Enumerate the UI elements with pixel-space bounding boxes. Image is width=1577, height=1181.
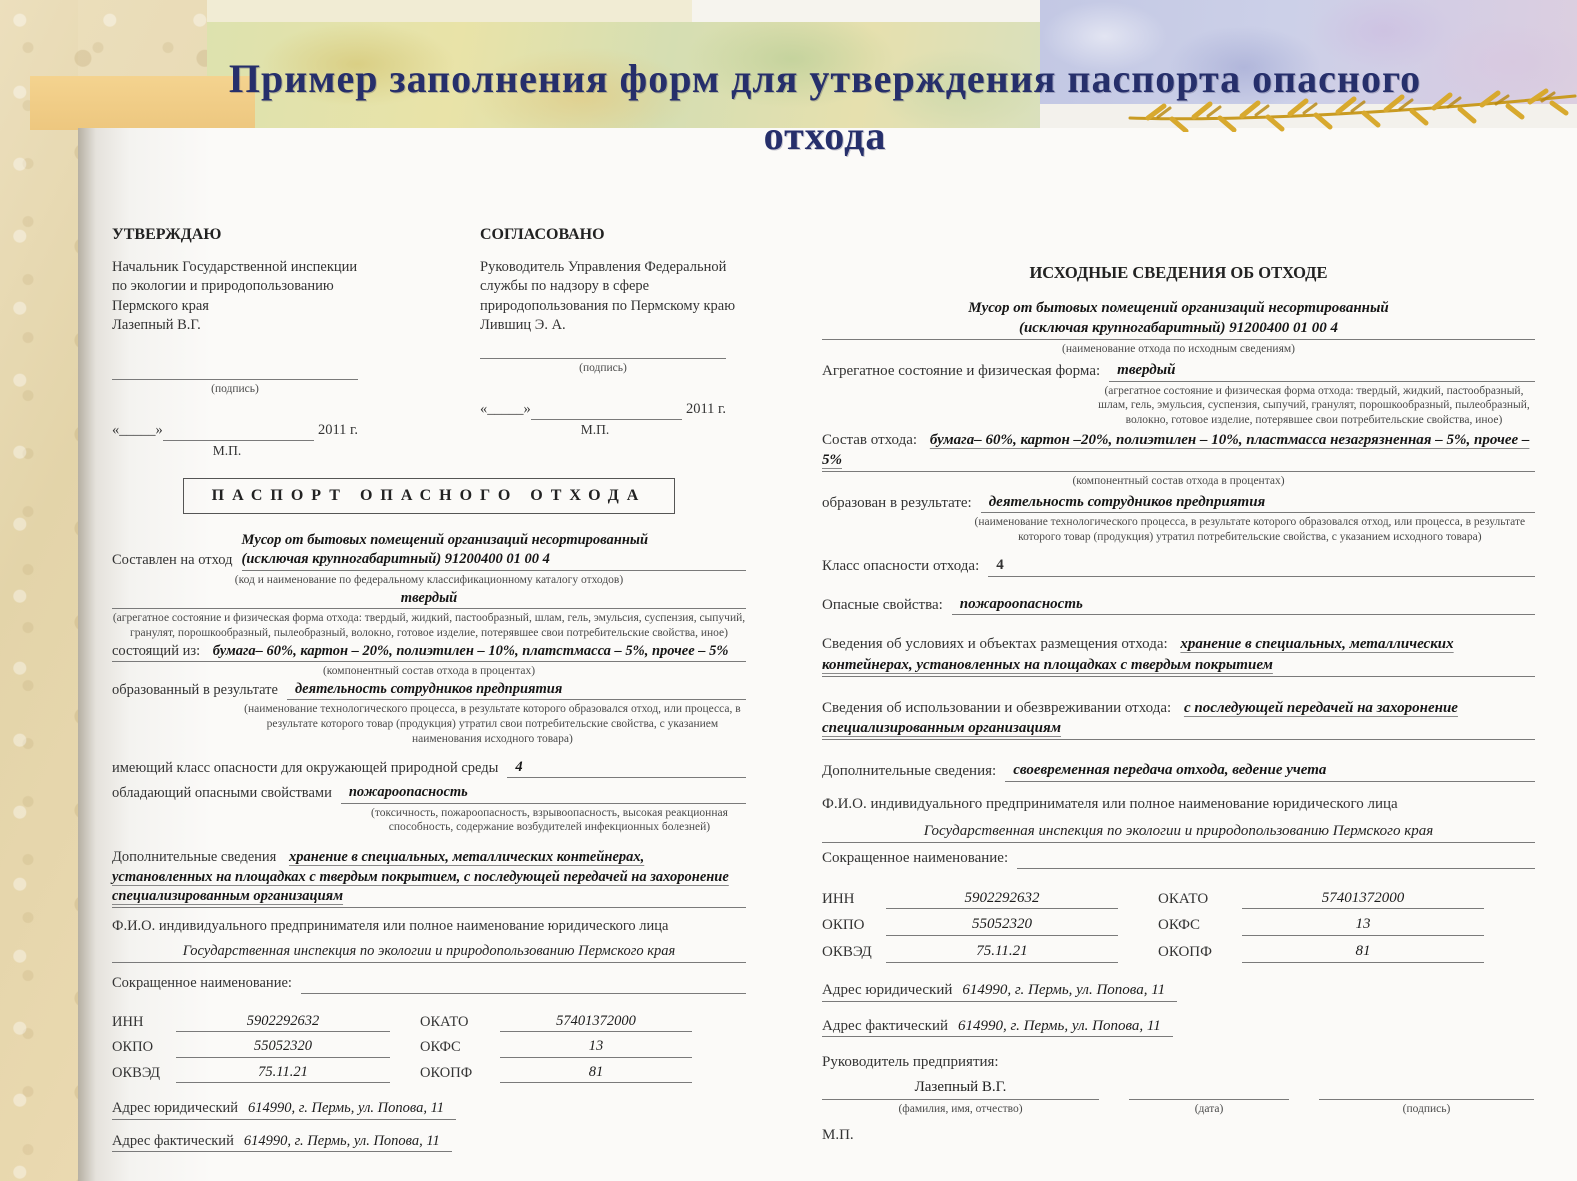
code-label: ИНН <box>112 1013 176 1033</box>
legal-address-value: 614990, г. Пермь, ул. Попова, 11 <box>962 982 1165 998</box>
date-row: «_____» 2011 г. <box>480 400 726 420</box>
field-label: Дополнительные сведения: <box>822 761 1005 782</box>
formed-by-field: образован в результате: деятельность сот… <box>822 492 1535 514</box>
code-value: 75.11.21 <box>886 941 1118 963</box>
field-label: Агрегатное состояние и физическая форма: <box>822 361 1109 382</box>
code-label: ИНН <box>822 889 886 910</box>
physical-form-value: твердый <box>112 589 746 610</box>
usage-field: Сведения об использовании и обезвреживан… <box>822 698 1535 740</box>
compiled-for-waste-field: Составлен на отход Мусор от бытовых поме… <box>112 531 746 571</box>
waste-name-value: Мусор от бытовых помещений организаций н… <box>242 531 746 571</box>
formed-value: деятельность сотрудников предприятия <box>981 492 1535 514</box>
field-caption: (агрегатное состояние и физическая форма… <box>1093 384 1535 428</box>
field-label: Сокращенное наименование: <box>112 974 301 994</box>
field-label: обладающий опасными свойствами <box>112 784 341 804</box>
field-label: Класс опасности отхода: <box>822 556 988 577</box>
waste-name-line2: (исключая крупногабаритный) 91200400 01 … <box>822 318 1535 339</box>
field-caption: (код и наименование по федеральному клас… <box>112 573 746 588</box>
composition-field: Состав отхода: бумага– 60%, картон –20%,… <box>822 430 1535 472</box>
approve-line: Пермского края <box>112 297 480 317</box>
field-label: Составлен на отход <box>112 551 242 571</box>
field-label: Адрес фактический <box>112 1133 234 1149</box>
right-document: ИСХОДНЫЕ СВЕДЕНИЯ ОБ ОТХОДЕ Мусор от быт… <box>822 256 1535 1145</box>
date-open-quote: «_____» <box>480 400 531 420</box>
signature-space <box>1129 1077 1289 1099</box>
date-row: «_____» 2011 г. <box>112 421 358 441</box>
head-of-enterprise-label: Руководитель предприятия: <box>822 1052 1535 1073</box>
date-fill-line <box>163 427 314 441</box>
hazard-props-field: Опасные свойства: пожароопасность <box>822 594 1535 616</box>
head-name: Лазепный В.Г. <box>822 1077 1099 1099</box>
stamp-mark: М.П. <box>510 421 680 439</box>
code-label: ОКФС <box>420 1038 500 1058</box>
code-label: ОКФС <box>1158 915 1242 936</box>
state-field: Агрегатное состояние и физическая форма:… <box>822 360 1535 382</box>
date-year: 2011 г. <box>682 400 726 420</box>
signature-line <box>822 1099 1099 1100</box>
consists-value: бумага– 60%, картон – 20%, полиэтилен – … <box>213 643 729 659</box>
field-label: образован в результате: <box>822 493 981 514</box>
field-label: Опасные свойства: <box>822 595 952 616</box>
fio-label: Ф.И.О. индивидуального предпринимателя и… <box>112 917 746 937</box>
legal-address-value: 614990, г. Пермь, ул. Попова, 11 <box>248 1100 444 1116</box>
agree-line: природопользования по Пермскому краю <box>480 297 746 317</box>
code-value: 13 <box>500 1037 692 1058</box>
code-label: ОКОПФ <box>1158 942 1242 963</box>
hazard-props-value: пожароопасность <box>341 783 746 804</box>
signature-caption: (подпись) <box>480 361 726 377</box>
stamp-mark: М.П. <box>142 442 312 460</box>
code-label: ОКВЭД <box>112 1064 176 1084</box>
left-document: УТВЕРЖДАЮ Начальник Государственной инсп… <box>112 224 746 1152</box>
agree-block: СОГЛАСОВАНО Руководитель Управления Феде… <box>480 224 746 460</box>
code-value: 81 <box>500 1063 692 1084</box>
code-value: 57401372000 <box>1242 888 1484 910</box>
approve-lines: Начальник Государственной инспекции по э… <box>112 258 480 336</box>
hazard-class-value: 4 <box>507 758 746 779</box>
waste-name-block: Мусор от бытовых помещений организаций н… <box>822 298 1535 340</box>
hazard-props-value: пожароопасность <box>952 594 1535 616</box>
actual-address-value: 614990, г. Пермь, ул. Попова, 11 <box>958 1018 1161 1034</box>
signature-caption: (фамилия, имя, отчество) <box>822 1102 1099 1117</box>
field-caption: (наименование технологического процесса,… <box>965 515 1535 544</box>
placement-field: Сведения об условиях и объектах размещен… <box>822 634 1535 676</box>
field-label: Сокращенное наименование: <box>822 848 1017 869</box>
signature-name-cell: Лазепный В.Г. (фамилия, имя, отчество) <box>822 1077 1099 1117</box>
agree-line: службы по надзору в сфере <box>480 277 746 297</box>
code-value: 75.11.21 <box>176 1063 390 1084</box>
field-caption: (наименование отхода по исходным сведени… <box>822 342 1535 357</box>
approve-block: УТВЕРЖДАЮ Начальник Государственной инсп… <box>112 224 480 460</box>
field-label: Адрес юридический <box>112 1100 238 1116</box>
code-label: ОКПО <box>112 1038 176 1058</box>
signature-line <box>1129 1099 1289 1100</box>
approve-heading: УТВЕРЖДАЮ <box>112 224 480 246</box>
approve-line: Начальник Государственной инспекции <box>112 258 480 278</box>
signature-line <box>112 366 358 380</box>
code-value: 55052320 <box>886 914 1118 936</box>
formed-by-field: образованный в результате деятельность с… <box>112 680 746 701</box>
short-name-field: Сокращенное наименование: <box>822 848 1535 869</box>
code-value: 13 <box>1242 914 1484 936</box>
code-label: ОКПО <box>822 915 886 936</box>
signature-row: Лазепный В.Г. (фамилия, имя, отчество) (… <box>822 1077 1535 1117</box>
actual-address-field: Адрес фактический614990, г. Пермь, ул. П… <box>112 1132 452 1153</box>
field-caption: (компонентный состав отхода в процентах) <box>822 474 1535 489</box>
signature-space <box>1319 1077 1534 1099</box>
short-name-value <box>301 993 746 994</box>
signature-caption: (подпись) <box>1319 1102 1534 1117</box>
field-label: состоящий из: <box>112 643 209 659</box>
fio-value: Государственная инспекция по экологии и … <box>112 942 746 963</box>
date-open-quote: «_____» <box>112 421 163 441</box>
field-label: Дополнительные сведения <box>112 849 285 865</box>
right-doc-title: ИСХОДНЫЕ СВЕДЕНИЯ ОБ ОТХОДЕ <box>822 262 1535 285</box>
short-name-value <box>1017 868 1535 869</box>
formed-value: деятельность сотрудников предприятия <box>287 680 746 701</box>
agree-line: Лившиц Э. А. <box>480 316 746 336</box>
date-fill-line <box>531 406 682 420</box>
field-label: образованный в результате <box>112 681 287 701</box>
field-caption: (компонентный состав отхода в процентах) <box>112 664 746 679</box>
state-value: твердый <box>1109 360 1535 382</box>
agree-line: Руководитель Управления Федеральной <box>480 258 746 278</box>
slide-title-line1: Пример заполнения форм для утверждения п… <box>90 50 1560 107</box>
signature-date-cell: (дата) <box>1129 1077 1289 1117</box>
parchment-strip <box>0 0 78 1181</box>
codes-table: ИНН 5902292632 ОКАТО 57401372000 ОКПО 55… <box>112 1012 746 1084</box>
consists-of-field: состоящий из: бумага– 60%, картон – 20%,… <box>112 642 746 663</box>
legal-address-field: Адрес юридический614990, г. Пермь, ул. П… <box>822 980 1177 1002</box>
fio-label: Ф.И.О. индивидуального предпринимателя и… <box>822 794 1535 815</box>
additional-info-field: Дополнительные сведения хранение в специ… <box>112 848 746 908</box>
code-value: 5902292632 <box>176 1012 390 1033</box>
field-label: Сведения об использовании и обезвреживан… <box>822 700 1180 716</box>
approve-line: по экологии и природопользованию <box>112 277 480 297</box>
signature-caption: (подпись) <box>112 382 358 398</box>
field-label: Адрес фактический <box>822 1018 948 1034</box>
waste-name-line1: Мусор от бытовых помещений организаций н… <box>242 531 746 551</box>
actual-address-value: 614990, г. Пермь, ул. Попова, 11 <box>244 1133 440 1149</box>
codes-table: ИНН 5902292632 ОКАТО 57401372000 ОКПО 55… <box>822 888 1535 963</box>
field-label: Адрес юридический <box>822 982 952 998</box>
hazard-class-value: 4 <box>988 555 1535 577</box>
hazard-class-field: имеющий класс опасности для окружающей п… <box>112 758 746 779</box>
field-label: Сведения об условиях и объектах размещен… <box>822 636 1177 652</box>
passport-box-title: ПАСПОРТ ОПАСНОГО ОТХОДА <box>183 478 676 514</box>
waste-name-line1: Мусор от бытовых помещений организаций н… <box>822 298 1535 319</box>
slide-title-line2: отхода <box>90 107 1560 164</box>
code-value: 81 <box>1242 941 1484 963</box>
field-caption: (наименование технологического процесса,… <box>239 702 746 746</box>
signature-line <box>1319 1099 1534 1100</box>
field-caption: (агрегатное состояние и физическая форма… <box>112 611 746 640</box>
code-value: 57401372000 <box>500 1012 692 1033</box>
signature-caption: (дата) <box>1129 1102 1289 1117</box>
stamp-mark: М.П. <box>822 1125 1535 1146</box>
approve-line: Лазепный В.Г. <box>112 316 480 336</box>
date-year: 2011 г. <box>314 421 358 441</box>
slide-title: Пример заполнения форм для утверждения п… <box>90 50 1560 164</box>
signature-sign-cell: (подпись) <box>1319 1077 1534 1117</box>
actual-address-field: Адрес фактический614990, г. Пермь, ул. П… <box>822 1016 1173 1038</box>
fio-value: Государственная инспекция по экологии и … <box>822 821 1535 843</box>
field-label: имеющий класс опасности для окружающей п… <box>112 759 507 779</box>
legal-address-field: Адрес юридический614990, г. Пермь, ул. П… <box>112 1099 456 1120</box>
agree-lines: Руководитель Управления Федеральной служ… <box>480 258 746 336</box>
composition-value: бумага– 60%, картон –20%, полиэтилен – 1… <box>822 432 1529 469</box>
additional-value: своевременная передача отхода, ведение у… <box>1005 760 1535 782</box>
additional-info-field: Дополнительные сведения: своевременная п… <box>822 760 1535 782</box>
field-label: Состав отхода: <box>822 432 926 448</box>
waste-name-line2: (исключая крупногабаритный) 91200400 01 … <box>242 550 746 571</box>
hazard-props-field: обладающий опасными свойствами пожароопа… <box>112 783 746 804</box>
agree-heading: СОГЛАСОВАНО <box>480 224 746 246</box>
code-label: ОКАТО <box>420 1013 500 1033</box>
code-label: ОКАТО <box>1158 889 1242 910</box>
code-value: 55052320 <box>176 1037 390 1058</box>
code-label: ОКВЭД <box>822 942 886 963</box>
signature-line <box>480 345 726 359</box>
field-caption: (токсичность, пожароопасность, взрывоопа… <box>353 806 746 835</box>
short-name-field: Сокращенное наименование: <box>112 974 746 994</box>
approval-header: УТВЕРЖДАЮ Начальник Государственной инсп… <box>112 224 746 460</box>
hazard-class-field: Класс опасности отхода: 4 <box>822 555 1535 577</box>
code-label: ОКОПФ <box>420 1064 500 1084</box>
code-value: 5902292632 <box>886 888 1118 910</box>
